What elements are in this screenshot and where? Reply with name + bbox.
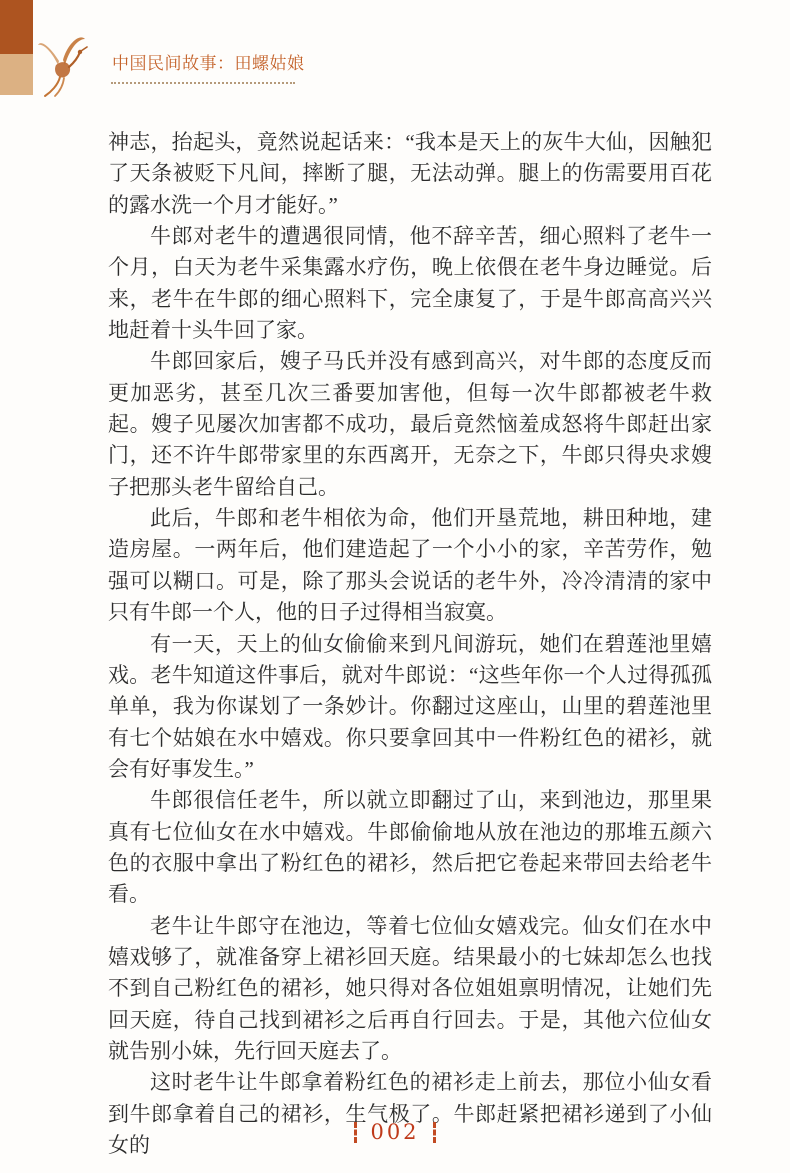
title-dotted-underline xyxy=(111,82,295,84)
story-paragraph: 牛郎回家后，嫂子马氏并没有感到高兴，对牛郎的态度反而更加恶劣，甚至几次三番要加害… xyxy=(108,346,712,503)
page-number: 002 xyxy=(370,1120,419,1144)
page-footer: 002 xyxy=(0,1120,790,1144)
story-paragraph: 神志，抬起头，竟然说起话来：“我本是天上的灰牛大仙，因触犯了天条被贬下凡间，摔断… xyxy=(108,127,712,221)
story-paragraph: 老牛让牛郎守在池边，等着七位仙女嬉戏完。仙女们在水中嬉戏够了，就准备穿上裙衫回天… xyxy=(108,911,712,1068)
crane-watercolor-icon xyxy=(36,30,88,100)
edge-strip-light xyxy=(0,54,33,95)
footer-dash-right-icon xyxy=(433,1122,436,1143)
story-text: 神志，抬起头，竟然说起话来：“我本是天上的灰牛大仙，因触犯了天条被贬下凡间，摔断… xyxy=(108,127,712,1161)
footer-dash-left-icon xyxy=(354,1122,357,1143)
edge-strip-dark xyxy=(0,0,33,54)
story-paragraph: 牛郎对老牛的遭遇很同情，他不辞辛苦，细心照料了老牛一个月，白天为老牛采集露水疗伤… xyxy=(108,221,712,346)
story-paragraph: 有一天，天上的仙女偷偷来到凡间游玩，她们在碧莲池里嬉戏。老牛知道这件事后，就对牛… xyxy=(108,629,712,786)
story-paragraph: 此后，牛郎和老牛相依为命，他们开垦荒地，耕田种地，建造房屋。一两年后，他们建造起… xyxy=(108,503,712,628)
story-paragraph: 这时老牛让牛郎拿着粉红色的裙衫走上前去，那位小仙女看到牛郎拿着自己的裙衫，生气极… xyxy=(108,1067,712,1161)
story-paragraph: 牛郎很信任老牛，所以就立即翻过了山，来到池边，那里果真有七位仙女在水中嬉戏。牛郎… xyxy=(108,785,712,910)
book-title: 中国民间故事：田螺姑娘 xyxy=(112,49,305,74)
book-page: 中国民间故事：田螺姑娘 神志，抬起头，竟然说起话来：“我本是天上的灰牛大仙，因触… xyxy=(0,0,790,1173)
